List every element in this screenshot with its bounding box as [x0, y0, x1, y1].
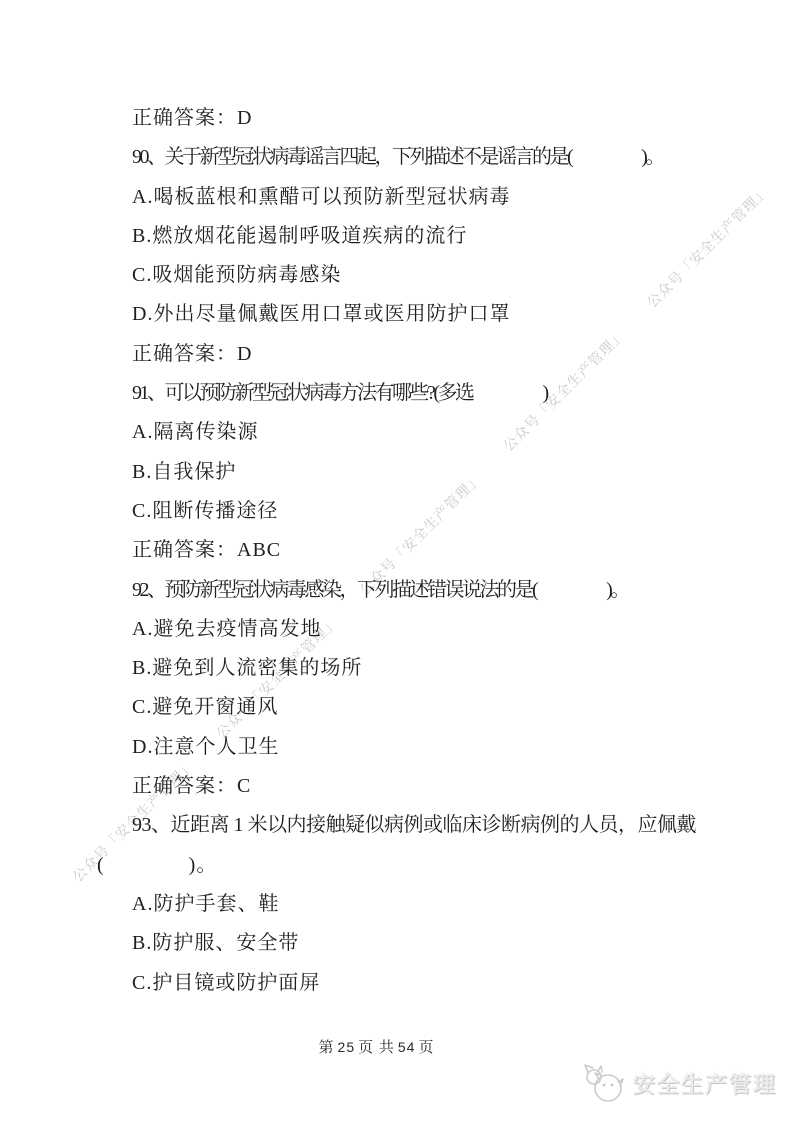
page-footer: 第25页 共54页 [0, 1036, 753, 1057]
text-line: 90、关于新型冠状病毒谣言四起，下列描述不是谣言的是( )。 [97, 138, 738, 177]
footer-middle-left: 页 [358, 1040, 374, 1056]
text-line: 93、近距离 1 米以内接触疑似病例或临床诊断病例的人员，应佩戴 [97, 806, 738, 845]
text-line: C.吸烟能预防病毒感染 [97, 256, 738, 295]
text-line: 正确答案：C [97, 767, 738, 806]
total-pages: 54 [395, 1039, 419, 1055]
text-line: D.注意个人卫生 [97, 728, 738, 767]
wechat-cat-icon [580, 1060, 628, 1106]
text-line: B.燃放烟花能遏制呼吸道疾病的流行 [97, 217, 738, 256]
text-line: C.护目镜或防护面屏 [97, 964, 738, 1003]
footer-suffix: 页 [418, 1040, 434, 1056]
document-body: 正确答案：D90、关于新型冠状病毒谣言四起，下列描述不是谣言的是( )。A.喝板… [97, 99, 738, 1003]
text-line: A.防护手套、鞋 [97, 885, 738, 924]
text-line: 正确答案：ABC [97, 531, 738, 570]
footer-middle-right: 共 [379, 1040, 395, 1056]
text-line: D.外出尽量佩戴医用口罩或医用防护口罩 [97, 295, 738, 334]
text-line: C.阻断传播途径 [97, 492, 738, 531]
text-line: 91、可以预防新型冠状病毒方法有哪些?(多选 ) [97, 374, 738, 413]
text-line: B.自我保护 [97, 453, 738, 492]
text-line: C.避免开窗通风 [97, 688, 738, 727]
text-line: B.避免到人流密集的场所 [97, 649, 738, 688]
document-page: { "page": { "footer": { "prefix": "第", "… [0, 0, 793, 1122]
text-line: B.防护服、安全带 [97, 924, 738, 963]
footer-prefix: 第 [319, 1040, 335, 1056]
page-number: 25 [335, 1039, 359, 1055]
text-line: A.喝板蓝根和熏醋可以预防新型冠状病毒 [97, 178, 738, 217]
text-line: ( )。 [97, 846, 738, 885]
text-line: 正确答案：D [97, 335, 738, 374]
text-line: A.避免去疫情高发地 [97, 610, 738, 649]
brand-name: 安全生产管理 [633, 1068, 777, 1099]
text-line: A.隔离传染源 [97, 413, 738, 452]
text-line: 92、预防新型冠状病毒感染，下列描述错误说法的是( )。 [97, 571, 738, 610]
text-line: 正确答案：D [97, 99, 738, 138]
brand-logo: 安全生产管理 [580, 1060, 777, 1106]
